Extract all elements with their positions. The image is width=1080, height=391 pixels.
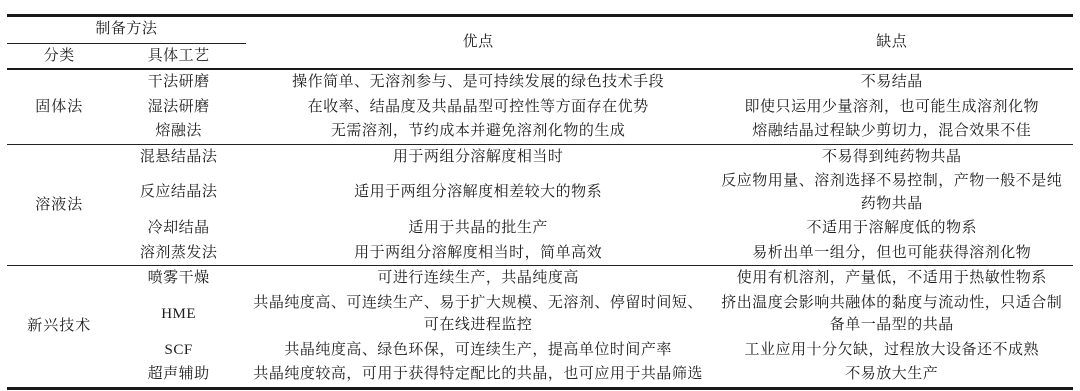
- cons-cell: 工业应用十分欠缺，过程放大设备还不成熟: [711, 338, 1073, 363]
- header-row-top: 制备方法 优点 缺点: [7, 16, 1073, 44]
- pros-cell: 无需溶剂，节约成本并避免溶剂化物的生成: [246, 119, 711, 144]
- pros-cell: 用于两组分溶解度相当时，简单高效: [246, 241, 711, 266]
- pros-cell: 操作简单、无溶剂参与、是可持续发展的绿色技术手段: [246, 69, 711, 95]
- cons-cell: 不易结晶: [711, 69, 1073, 95]
- pros-cell: 适用于共晶的批生产: [246, 216, 711, 241]
- table-row: 反应结晶法 适用于两组分溶解度相差较大的物系 反应物用量、溶剂选择不易控制，产物…: [7, 169, 1073, 216]
- process-cell: 超声辅助: [111, 362, 245, 388]
- table-row: 新兴技术 喷雾干燥 可进行连续生产，共晶纯度高 使用有机溶剂，产量低，不适用于热…: [7, 266, 1073, 291]
- table-row: 超声辅助 共晶纯度较高，可用于获得特定配比的共晶，也可应用于共晶筛选 不易放大生…: [7, 362, 1073, 388]
- process-cell: 反应结晶法: [111, 169, 245, 216]
- process-cell: 湿法研磨: [111, 95, 245, 120]
- pros-cell: 用于两组分溶解度相当时: [246, 144, 711, 169]
- cons-cell: 不易得到纯药物共晶: [711, 144, 1073, 169]
- pros-cell: 共晶纯度高、可连续生产、易于扩大规模、无溶剂、停留时间短、可在线进程监控: [246, 291, 711, 338]
- table-row: 固体法 干法研磨 操作简单、无溶剂参与、是可持续发展的绿色技术手段 不易结晶: [7, 69, 1073, 95]
- table-row: 溶剂蒸发法 用于两组分溶解度相当时，简单高效 易析出单一组分，但也可能获得溶剂化…: [7, 241, 1073, 266]
- group-solid-methods: 固体法 干法研磨 操作简单、无溶剂参与、是可持续发展的绿色技术手段 不易结晶 湿…: [7, 69, 1073, 144]
- column-header-advantages: 优点: [246, 16, 711, 70]
- cons-cell: 易析出单一组分，但也可能获得溶剂化物: [711, 241, 1073, 266]
- process-cell: 喷雾干燥: [111, 266, 245, 291]
- table-row: HME 共晶纯度高、可连续生产、易于扩大规模、无溶剂、停留时间短、可在线进程监控…: [7, 291, 1073, 338]
- cons-cell: 挤出温度会影响共融体的黏度与流动性，只适合制备单一晶型的共晶: [711, 291, 1073, 338]
- table-row: SCF 共晶纯度高、绿色环保，可连续生产，提高单位时间产率 工业应用十分欠缺，过…: [7, 338, 1073, 363]
- pros-cell: 可进行连续生产，共晶纯度高: [246, 266, 711, 291]
- process-cell: 熔融法: [111, 119, 245, 144]
- cons-cell: 不易放大生产: [711, 362, 1073, 388]
- process-cell: HME: [111, 291, 245, 338]
- pros-cell: 共晶纯度高、绿色环保，可连续生产，提高单位时间产率: [246, 338, 711, 363]
- process-cell: SCF: [111, 338, 245, 363]
- process-cell: 干法研磨: [111, 69, 245, 95]
- table-row: 湿法研磨 在收率、结晶度及共晶晶型可控性等方面存在优势 即使只运用少量溶剂，也可…: [7, 95, 1073, 120]
- cons-cell: 即使只运用少量溶剂，也可能生成溶剂化物: [711, 95, 1073, 120]
- table-row: 熔融法 无需溶剂，节约成本并避免溶剂化物的生成 熔融结晶过程缺少剪切力，混合效果…: [7, 119, 1073, 144]
- category-cell: 新兴技术: [7, 266, 111, 389]
- process-cell: 溶剂蒸发法: [111, 241, 245, 266]
- pros-cell: 适用于两组分溶解度相差较大的物系: [246, 169, 711, 216]
- cons-cell: 熔融结晶过程缺少剪切力，混合效果不佳: [711, 119, 1073, 144]
- category-cell: 溶液法: [7, 144, 111, 266]
- category-cell: 固体法: [7, 69, 111, 144]
- group-solution-methods: 溶液法 混悬结晶法 用于两组分溶解度相当时 不易得到纯药物共晶 反应结晶法 适用…: [7, 144, 1073, 266]
- pros-cell: 在收率、结晶度及共晶晶型可控性等方面存在优势: [246, 95, 711, 120]
- table-header: 制备方法 优点 缺点 分类 具体工艺: [7, 16, 1073, 70]
- column-header-category: 分类: [7, 43, 111, 69]
- cons-cell: 不适用于溶解度低的物系: [711, 216, 1073, 241]
- pros-cell: 共晶纯度较高，可用于获得特定配比的共晶，也可应用于共晶筛选: [246, 362, 711, 388]
- cons-cell: 使用有机溶剂，产量低，不适用于热敏性物系: [711, 266, 1073, 291]
- table-row: 溶液法 混悬结晶法 用于两组分溶解度相当时 不易得到纯药物共晶: [7, 144, 1073, 169]
- column-header-disadvantages: 缺点: [711, 16, 1073, 70]
- page: 制备方法 优点 缺点 分类 具体工艺 固体法 干法研磨 操作简单、无溶剂参与、是…: [0, 0, 1080, 391]
- process-cell: 混悬结晶法: [111, 144, 245, 169]
- group-emerging-technologies: 新兴技术 喷雾干燥 可进行连续生产，共晶纯度高 使用有机溶剂，产量低，不适用于热…: [7, 266, 1073, 389]
- column-header-preparation-method: 制备方法: [7, 16, 246, 44]
- cons-cell: 反应物用量、溶剂选择不易控制，产物一般不是纯药物共晶: [711, 169, 1073, 216]
- table-row: 冷却结晶 适用于共晶的批生产 不适用于溶解度低的物系: [7, 216, 1073, 241]
- process-cell: 冷却结晶: [111, 216, 245, 241]
- column-header-process: 具体工艺: [111, 43, 245, 69]
- preparation-methods-table: 制备方法 优点 缺点 分类 具体工艺 固体法 干法研磨 操作简单、无溶剂参与、是…: [7, 14, 1073, 390]
